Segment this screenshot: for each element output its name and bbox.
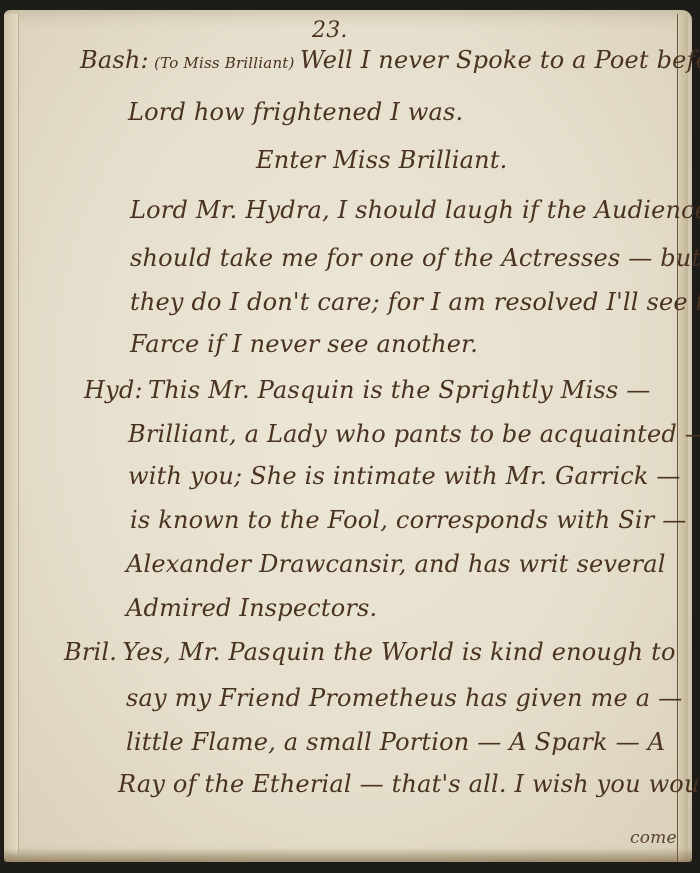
- line-text: Well I never Spoke to a Poet before!: [300, 46, 700, 74]
- speaker-label: Bash:: [80, 46, 149, 74]
- page-edge-left: [4, 14, 19, 854]
- line-16: little Flame, a small Portion — A Spark …: [126, 728, 665, 756]
- line-12: Alexander Drawcansir, and has writ sever…: [126, 550, 666, 578]
- line-1: Bash: (To Miss Brilliant) Well I never S…: [80, 46, 700, 74]
- bottom-edge-stain: [4, 848, 692, 862]
- speaker-label: Bril.: [64, 638, 117, 666]
- line-13: Admired Inspectors.: [126, 594, 377, 622]
- line-text: Yes, Mr. Pasquin the World is kind enoug…: [122, 638, 675, 666]
- line-4: Lord Mr. Hydra, I should laugh if the Au…: [130, 196, 700, 224]
- speaker-label: Hyd:: [84, 376, 143, 404]
- stage-direction-enter: Enter Miss Brilliant.: [256, 146, 508, 174]
- line-2: Lord how frightened I was.: [128, 98, 463, 126]
- line-14: Bril. Yes, Mr. Pasquin the World is kind…: [64, 638, 676, 666]
- line-6: they do I don't care; for I am resolved …: [130, 288, 700, 316]
- line-11: is known to the Fool, corresponds with S…: [130, 506, 686, 534]
- manuscript-scan: 23. Bash: (To Miss Brilliant) Well I nev…: [0, 0, 700, 873]
- line-17: Ray of the Etherial — that's all. I wish…: [118, 770, 700, 798]
- line-15: say my Friend Prometheus has given me a …: [126, 684, 682, 712]
- stage-direction: (To Miss Brilliant): [154, 54, 294, 72]
- line-9: Brilliant, a Lady who pants to be acquai…: [128, 420, 700, 448]
- line-7: Farce if I never see another.: [130, 330, 478, 358]
- page-number: 23.: [312, 18, 348, 43]
- line-text: This Mr. Pasquin is the Sprightly Miss —: [148, 376, 650, 404]
- line-10: with you; She is intimate with Mr. Garri…: [128, 462, 681, 490]
- catchword: come: [630, 828, 677, 848]
- line-8: Hyd: This Mr. Pasquin is the Sprightly M…: [84, 376, 650, 404]
- line-5: should take me for one of the Actresses …: [130, 244, 700, 272]
